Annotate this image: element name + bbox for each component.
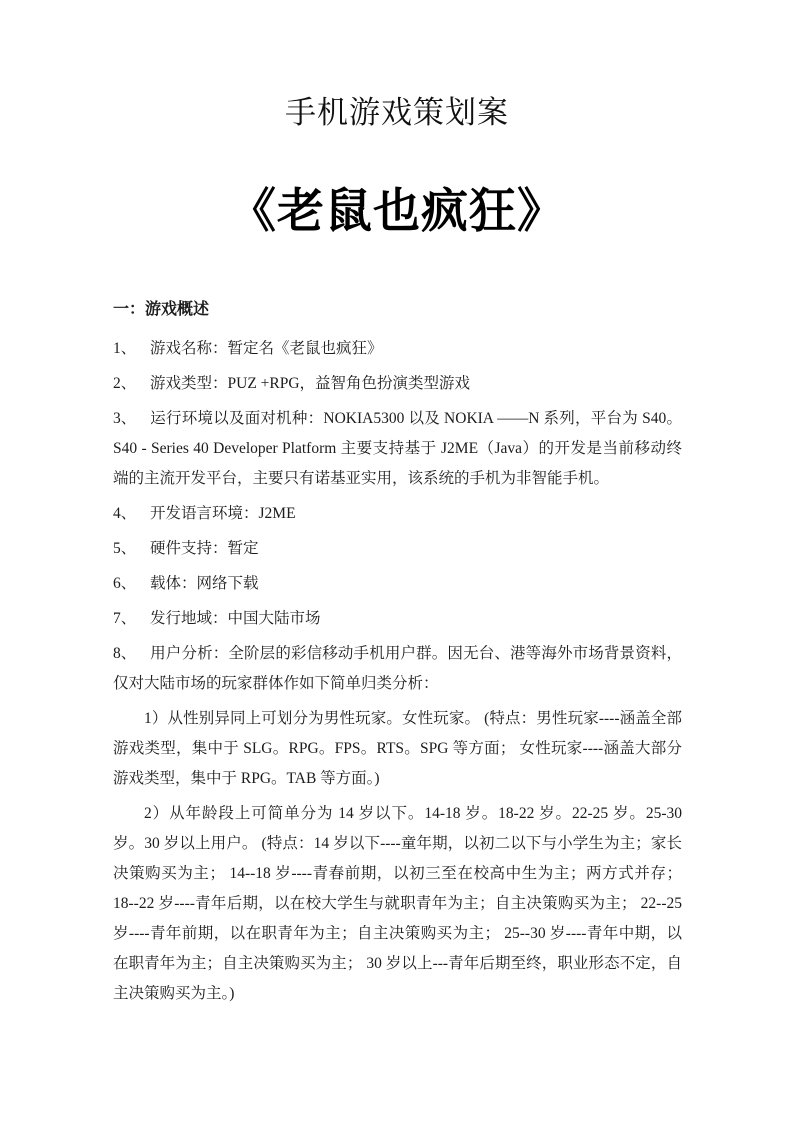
list-item-runtime-environment: 3、运行环境以及面对机种：NOKIA5300 以及 NOKIA ——N 系列，平… (113, 404, 682, 494)
list-item-number: 7、 (113, 604, 150, 634)
list-item-game-name: 1、游戏名称：暂定名《老鼠也疯狂》 (113, 334, 682, 364)
list-item-text: 硬件支持：暂定 (150, 540, 259, 557)
list-item-carrier: 6、载体：网络下载 (113, 569, 682, 599)
section-heading: 一：游戏概述 (113, 295, 682, 325)
list-item-number: 4、 (113, 499, 150, 529)
list-item-dev-language: 4、开发语言环境：J2ME (113, 499, 682, 529)
list-item-number: 5、 (113, 534, 150, 564)
document-body: 一：游戏概述 1、游戏名称：暂定名《老鼠也疯狂》 2、游戏类型：PUZ +RPG… (113, 295, 682, 1009)
sub-paragraph-gender-analysis: 1）从性别异同上可划分为男性玩家。女性玩家。 (特点：男性玩家----涵盖全部游… (113, 704, 682, 794)
list-item-text: 游戏名称：暂定名《老鼠也疯狂》 (150, 340, 383, 357)
list-item-user-analysis: 8、用户分析：全阶层的彩信移动手机用户群。因无台、港等海外市场背景资料，仅对大陆… (113, 639, 682, 699)
document-type-title: 手机游戏策划案 (0, 0, 794, 133)
sub-paragraph-age-analysis: 2）从年龄段上可简单分为 14 岁以下。14-18 岁。18-22 岁。22-2… (113, 799, 682, 1009)
list-item-text: 运行环境以及面对机种：NOKIA5300 以及 NOKIA ——N 系列，平台为… (113, 410, 682, 487)
list-item-text: 用户分析：全阶层的彩信移动手机用户群。因无台、港等海外市场背景资料，仅对大陆市场… (113, 645, 682, 692)
list-item-number: 1、 (113, 334, 150, 364)
game-title: 《老鼠也疯狂》 (0, 185, 794, 239)
list-item-text: 载体：网络下载 (150, 575, 259, 592)
list-item-text: 游戏类型：PUZ +RPG，益智角色扮演类型游戏 (150, 375, 470, 392)
list-item-text: 开发语言环境：J2ME (150, 505, 296, 522)
list-item-text: 发行地域：中国大陆市场 (150, 610, 321, 627)
list-item-number: 2、 (113, 369, 150, 399)
document-page: 手机游戏策划案 《老鼠也疯狂》 一：游戏概述 1、游戏名称：暂定名《老鼠也疯狂》… (0, 0, 794, 1123)
list-item-number: 6、 (113, 569, 150, 599)
list-item-game-type: 2、游戏类型：PUZ +RPG，益智角色扮演类型游戏 (113, 369, 682, 399)
list-item-release-region: 7、发行地域：中国大陆市场 (113, 604, 682, 634)
list-item-number: 3、 (113, 404, 150, 434)
list-item-number: 8、 (113, 639, 150, 669)
list-item-hardware-support: 5、硬件支持：暂定 (113, 534, 682, 564)
